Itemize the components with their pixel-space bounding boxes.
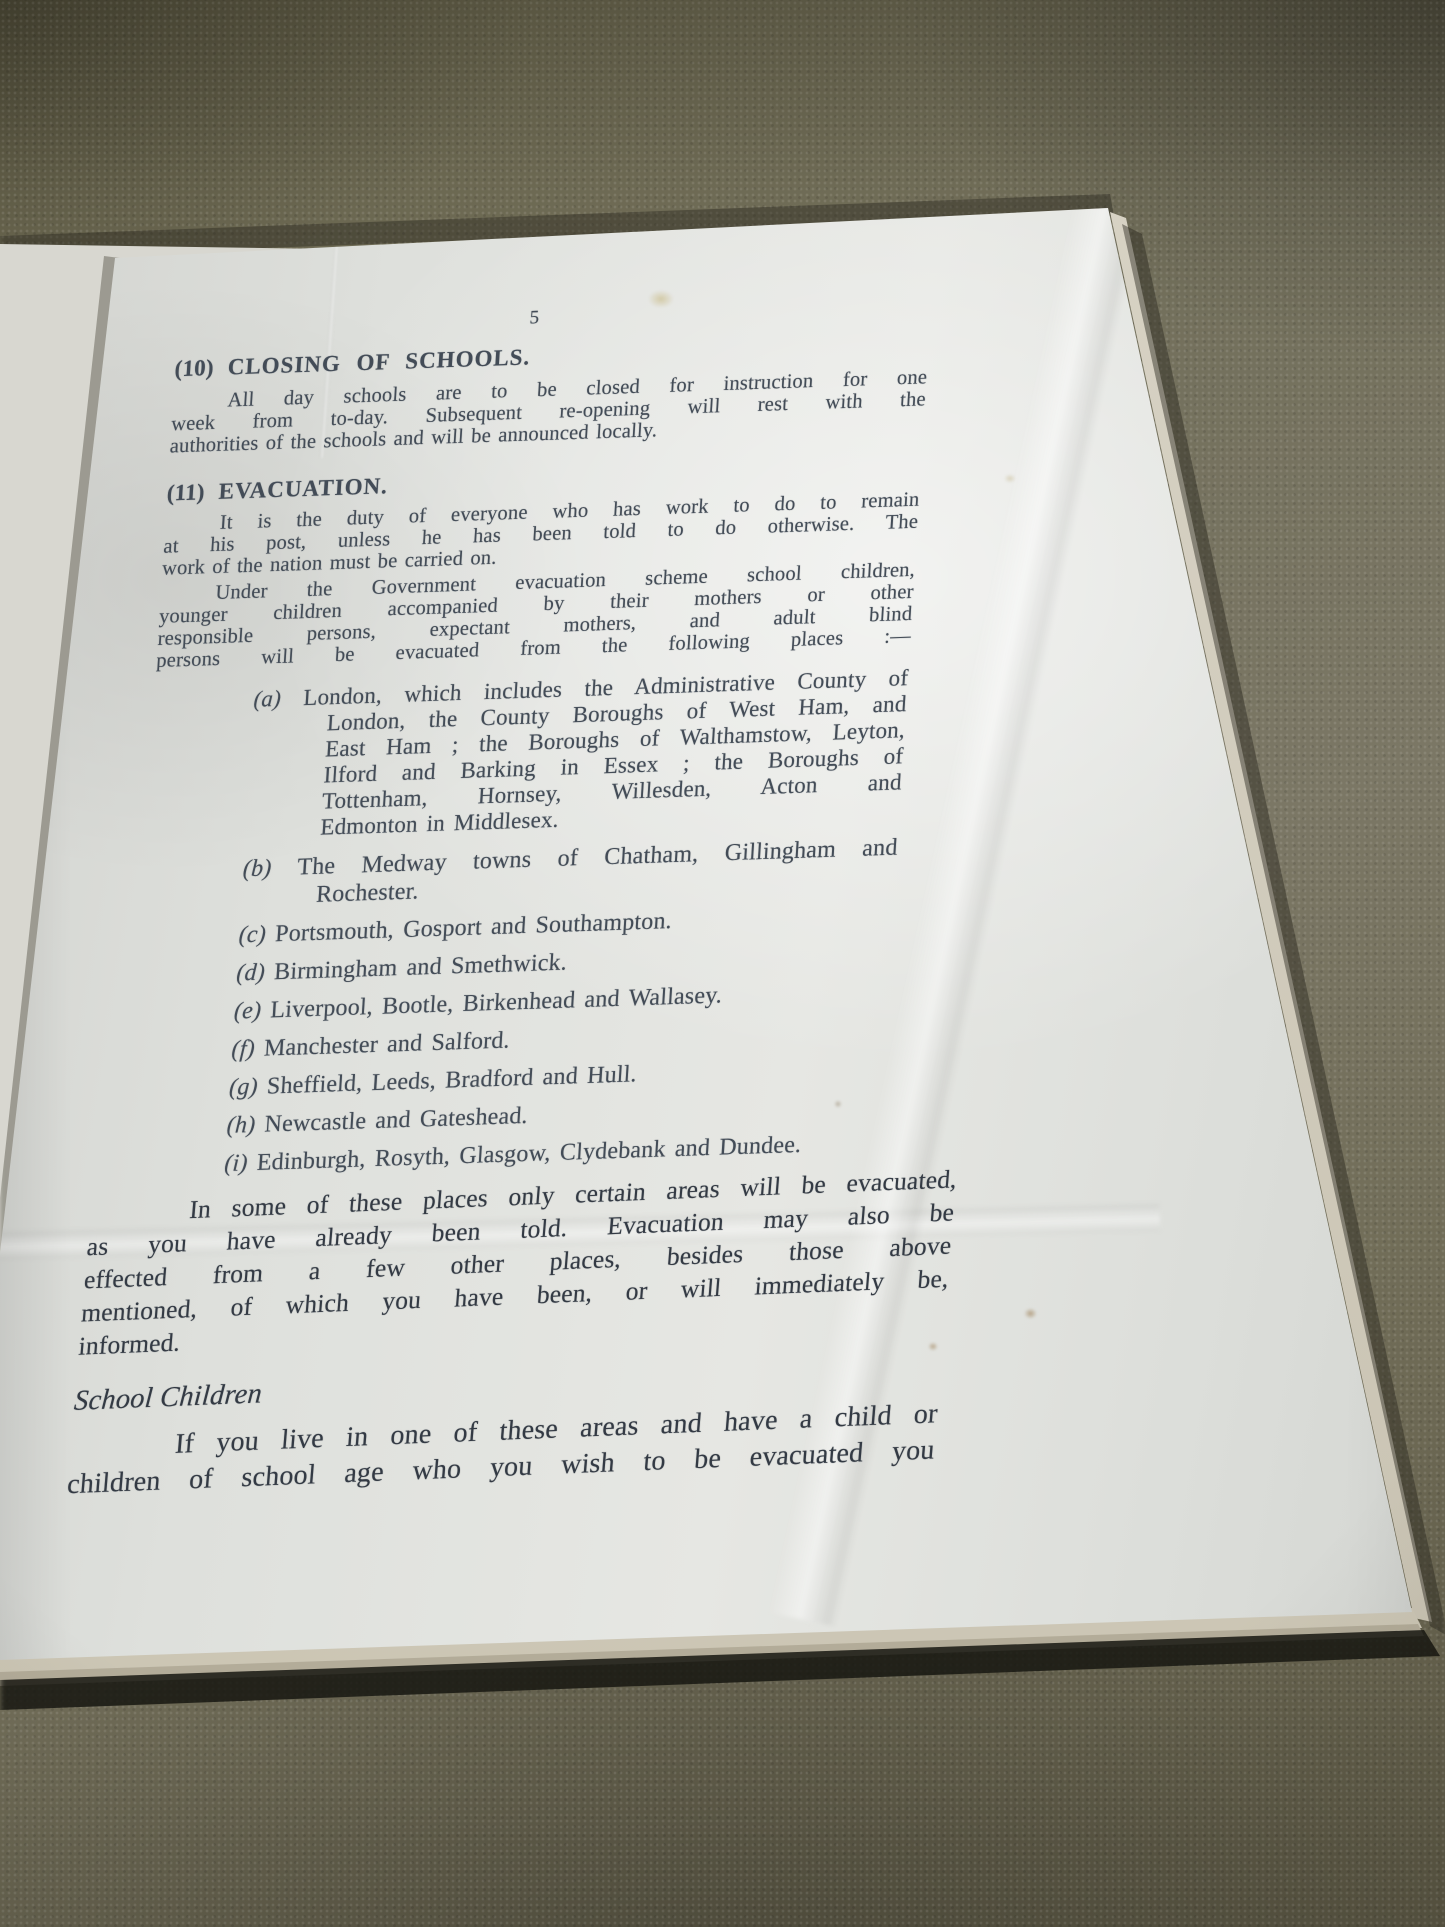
item-label: (b) [242,855,272,882]
page-content-upper: 5 (10)CLOSING OF SCHOOLS. All day school… [123,260,935,1191]
list-line-text: Manchester and Salford. [263,1027,510,1061]
section-11-number: (11) [166,479,205,505]
section-10-number: (10) [174,355,215,381]
paper-stain [1024,1308,1037,1319]
closing-paragraph: In some of these places only certain are… [77,1150,959,1363]
section-10-paragraph: All day schools are to be closed for ins… [169,366,928,457]
list-line-text: Birmingham and Smethwick. [273,950,567,986]
item-label: (f) [231,1036,256,1063]
item-label: (d) [236,960,266,987]
list-line-text: Portsmouth, Gosport and Southampton. [274,908,672,947]
item-label: (c) [238,921,267,948]
paper-stain [1004,474,1016,483]
item-label: (i) [224,1150,249,1177]
place-item-a: (a) London, which includes the Administr… [245,665,909,843]
item-label: (g) [228,1074,258,1101]
list-line-text: Newcastle and Gateshead. [264,1103,529,1138]
item-label: (a) [253,686,282,712]
list-line-text: Sheffield, Leeds, Bradford and Hull. [266,1061,637,1099]
list-line-text: Liverpool, Bootle, Birkenhead and Wallas… [270,982,723,1023]
item-label: (e) [233,998,262,1025]
photo-scene: 5 (10)CLOSING OF SCHOOLS. All day school… [0,0,1445,1927]
section-10-title: CLOSING OF SCHOOLS. [227,344,531,379]
section-11-title: EVACUATION. [218,473,389,504]
item-label: (h) [226,1112,256,1139]
evacuation-places-list: (a) London, which includes the Administr… [224,665,910,1178]
place-item-b: (b) The Medway towns of Chatham, Gilling… [240,833,898,911]
page-content-lower: In some of these places only certain are… [66,1150,959,1503]
